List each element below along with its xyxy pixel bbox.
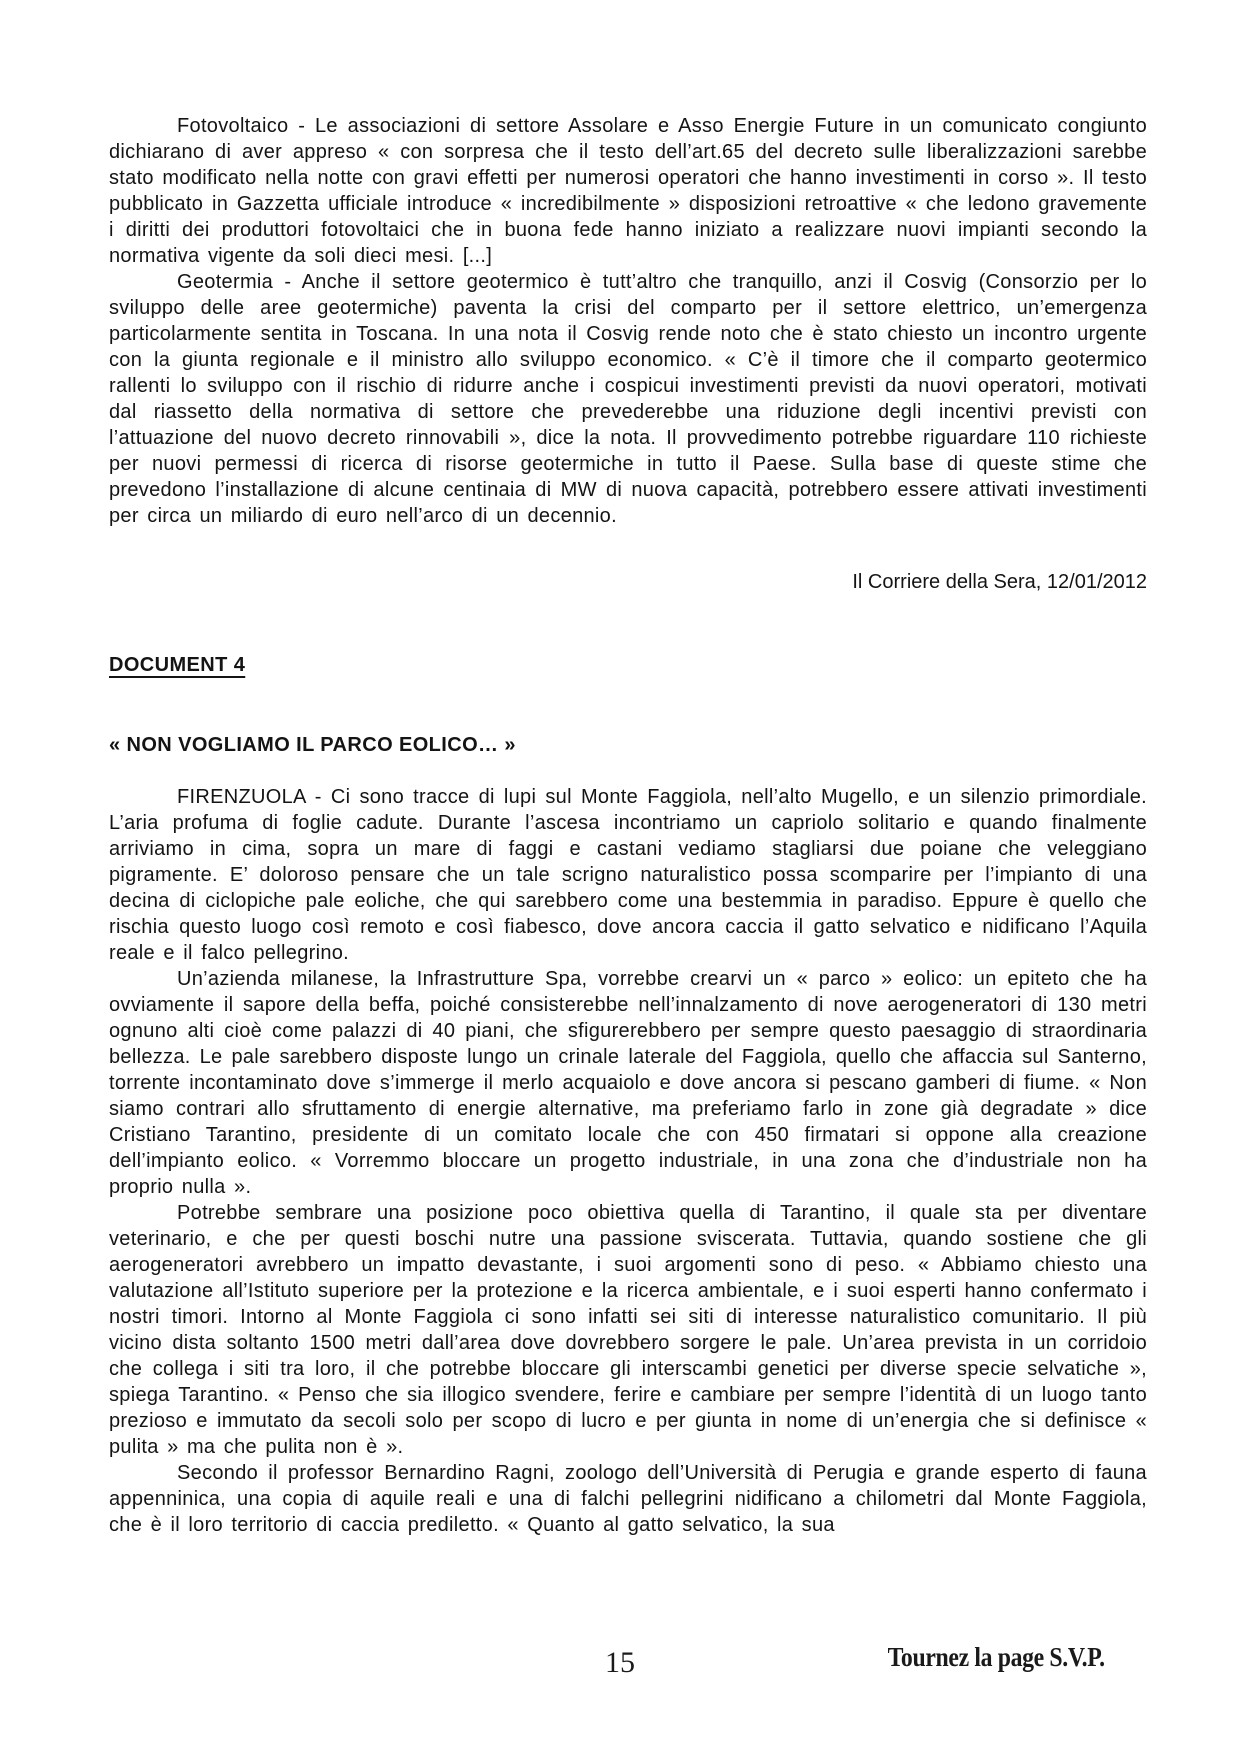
paragraph-firenzuola: FIRENZUOLA - Ci sono tracce di lupi sul … (109, 784, 1147, 966)
document-4-heading: DOCUMENT 4 (109, 652, 1147, 678)
page-content: Fotovoltaico - Le associazioni di settor… (109, 113, 1147, 1538)
document-4-heading-text: DOCUMENT 4 (109, 654, 245, 676)
paragraph-azienda-milanese: Un’azienda milanese, la Infrastrutture S… (109, 966, 1147, 1200)
document-3-excerpt: Fotovoltaico - Le associazioni di settor… (109, 113, 1147, 595)
paragraph-tarantino-posizione: Potrebbe sembrare una posizione poco obi… (109, 1200, 1147, 1460)
document-page: Fotovoltaico - Le associazioni di settor… (0, 0, 1240, 1754)
source-attribution: Il Corriere della Sera, 12/01/2012 (109, 569, 1147, 595)
turn-page-instruction: Tournez la page S.V.P. (888, 1642, 1105, 1672)
document-4: DOCUMENT 4 « NON VOGLIAMO IL PARCO EOLIC… (109, 652, 1147, 1538)
paragraph-fotovoltaico: Fotovoltaico - Le associazioni di settor… (109, 113, 1147, 269)
article-title: « NON VOGLIAMO IL PARCO EOLICO… » (109, 732, 1147, 758)
paragraph-geotermia: Geotermia - Anche il settore geotermico … (109, 269, 1147, 529)
paragraph-professor-ragni: Secondo il professor Bernardino Ragni, z… (109, 1460, 1147, 1538)
